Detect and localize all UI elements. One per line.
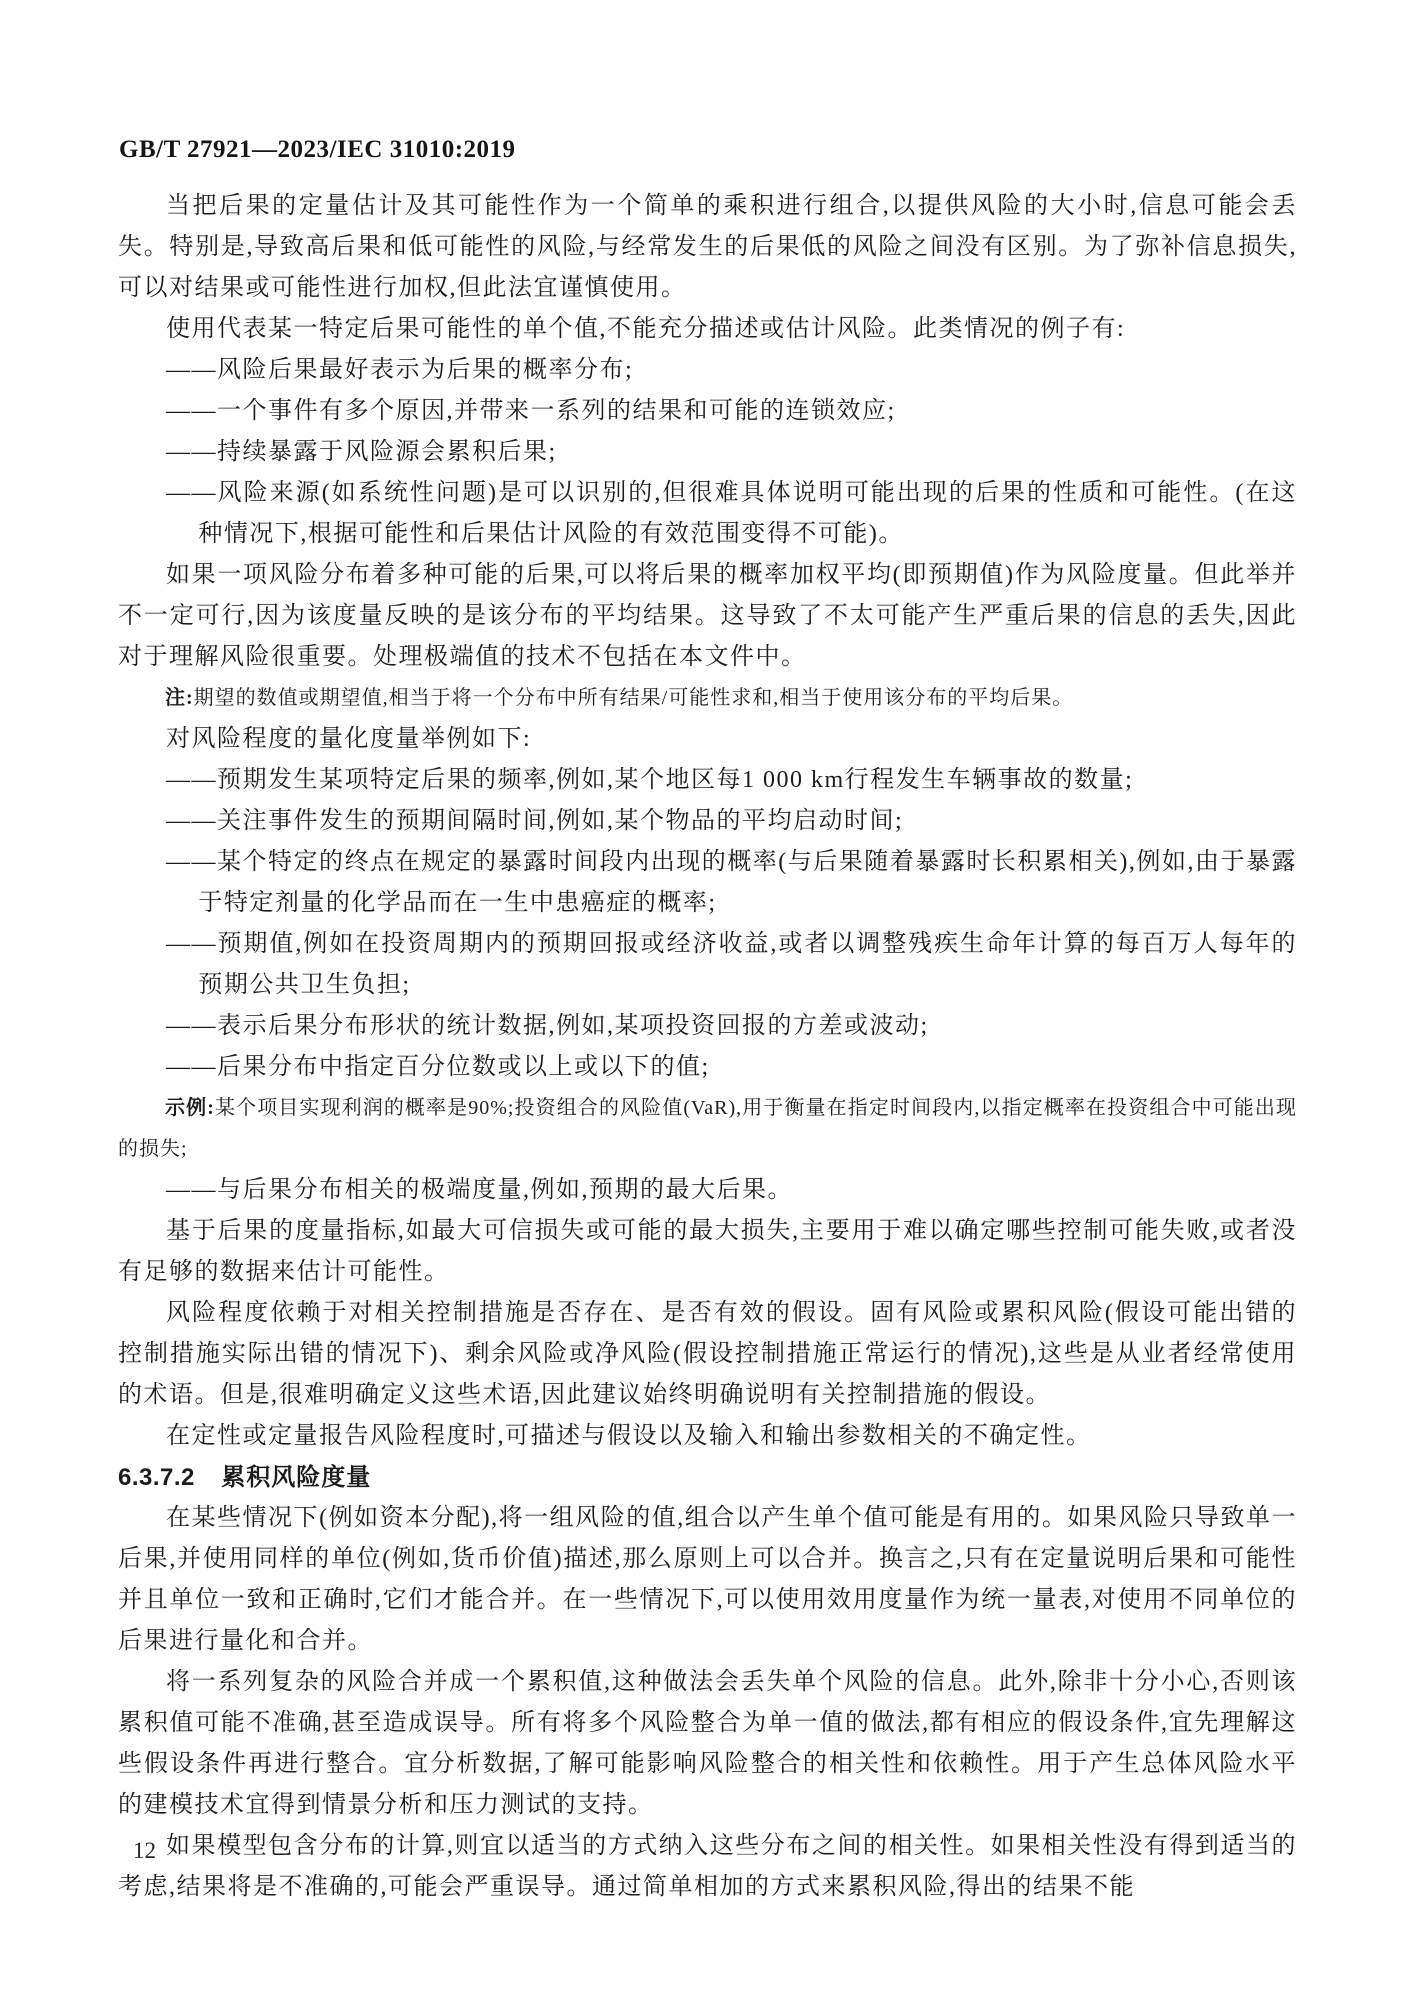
paragraph: 在定性或定量报告风险程度时,可描述与假设以及输入和输出参数相关的不确定性。 <box>118 1416 1297 1457</box>
dash-list-item: ——表示后果分布形状的统计数据,例如,某项投资回报的方差或波动; <box>118 1006 1297 1047</box>
dash-list-item: ——持续暴露于风险源会累积后果; <box>118 432 1297 473</box>
document-code-header: GB/T 27921—2023/IEC 31010:2019 <box>119 136 516 164</box>
paragraph: 在某些情况下(例如资本分配),将一组风险的值,组合以产生单个值可能是有用的。如果… <box>118 1498 1297 1662</box>
note-label: 注: <box>165 687 194 709</box>
note-block: 注:期望的数值或期望值,相当于将一个分布中所有结果/可能性求和,相当于使用该分布… <box>118 678 1297 719</box>
paragraph: 将一系列复杂的风险合并成一个累积值,这种做法会丢失单个风险的信息。此外,除非十分… <box>118 1662 1297 1826</box>
dash-list-item: ——后果分布中指定百分位数或以上或以下的值; <box>118 1047 1297 1088</box>
section-heading: 6.3.7.2累积风险度量 <box>118 1457 1297 1498</box>
note-text: 期望的数值或期望值,相当于将一个分布中所有结果/可能性求和,相当于使用该分布的平… <box>194 687 1074 709</box>
dash-list-item: ——风险后果最好表示为后果的概率分布; <box>118 350 1297 391</box>
paragraph: 如果一项风险分布着多种可能的后果,可以将后果的概率加权平均(即预期值)作为风险度… <box>118 555 1297 678</box>
paragraph: 如果模型包含分布的计算,则宜以适当的方式纳入这些分布之间的相关性。如果相关性没有… <box>118 1826 1297 1908</box>
document-body: 当把后果的定量估计及其可能性作为一个简单的乘积进行组合,以提供风险的大小时,信息… <box>118 186 1297 1908</box>
section-number: 6.3.7.2 <box>118 1464 195 1491</box>
example-block: 示例:某个项目实现利润的概率是90%;投资组合的风险值(VaR),用于衡量在指定… <box>118 1088 1297 1170</box>
document-page: GB/T 27921—2023/IEC 31010:2019 当把后果的定量估计… <box>0 0 1414 2000</box>
example-text: 某个项目实现利润的概率是90%;投资组合的风险值(VaR),用于衡量在指定时间段… <box>118 1097 1297 1160</box>
paragraph: 对风险程度的量化度量举例如下: <box>118 719 1297 760</box>
paragraph: 风险程度依赖于对相关控制措施是否存在、是否有效的假设。固有风险或累积风险(假设可… <box>118 1293 1297 1416</box>
dash-list-item: ——关注事件发生的预期间隔时间,例如,某个物品的平均启动时间; <box>118 801 1297 842</box>
example-label: 示例: <box>165 1097 215 1119</box>
dash-list-item: ——某个特定的终点在规定的暴露时间段内出现的概率(与后果随着暴露时长积累相关),… <box>118 842 1297 924</box>
dash-list-item: ——一个事件有多个原因,并带来一系列的结果和可能的连锁效应; <box>118 391 1297 432</box>
paragraph: 当把后果的定量估计及其可能性作为一个简单的乘积进行组合,以提供风险的大小时,信息… <box>118 186 1297 309</box>
dash-list-item: ——预期发生某项特定后果的频率,例如,某个地区每1 000 km行程发生车辆事故… <box>118 760 1297 801</box>
dash-list-item: ——与后果分布相关的极端度量,例如,预期的最大后果。 <box>118 1170 1297 1211</box>
page-number: 12 <box>133 1838 156 1864</box>
section-title: 累积风险度量 <box>221 1464 371 1491</box>
dash-list-item: ——风险来源(如系统性问题)是可以识别的,但很难具体说明可能出现的后果的性质和可… <box>118 473 1297 555</box>
paragraph: 基于后果的度量指标,如最大可信损失或可能的最大损失,主要用于难以确定哪些控制可能… <box>118 1211 1297 1293</box>
dash-list-item: ——预期值,例如在投资周期内的预期回报或经济收益,或者以调整残疾生命年计算的每百… <box>118 924 1297 1006</box>
paragraph: 使用代表某一特定后果可能性的单个值,不能充分描述或估计风险。此类情况的例子有: <box>118 309 1297 350</box>
